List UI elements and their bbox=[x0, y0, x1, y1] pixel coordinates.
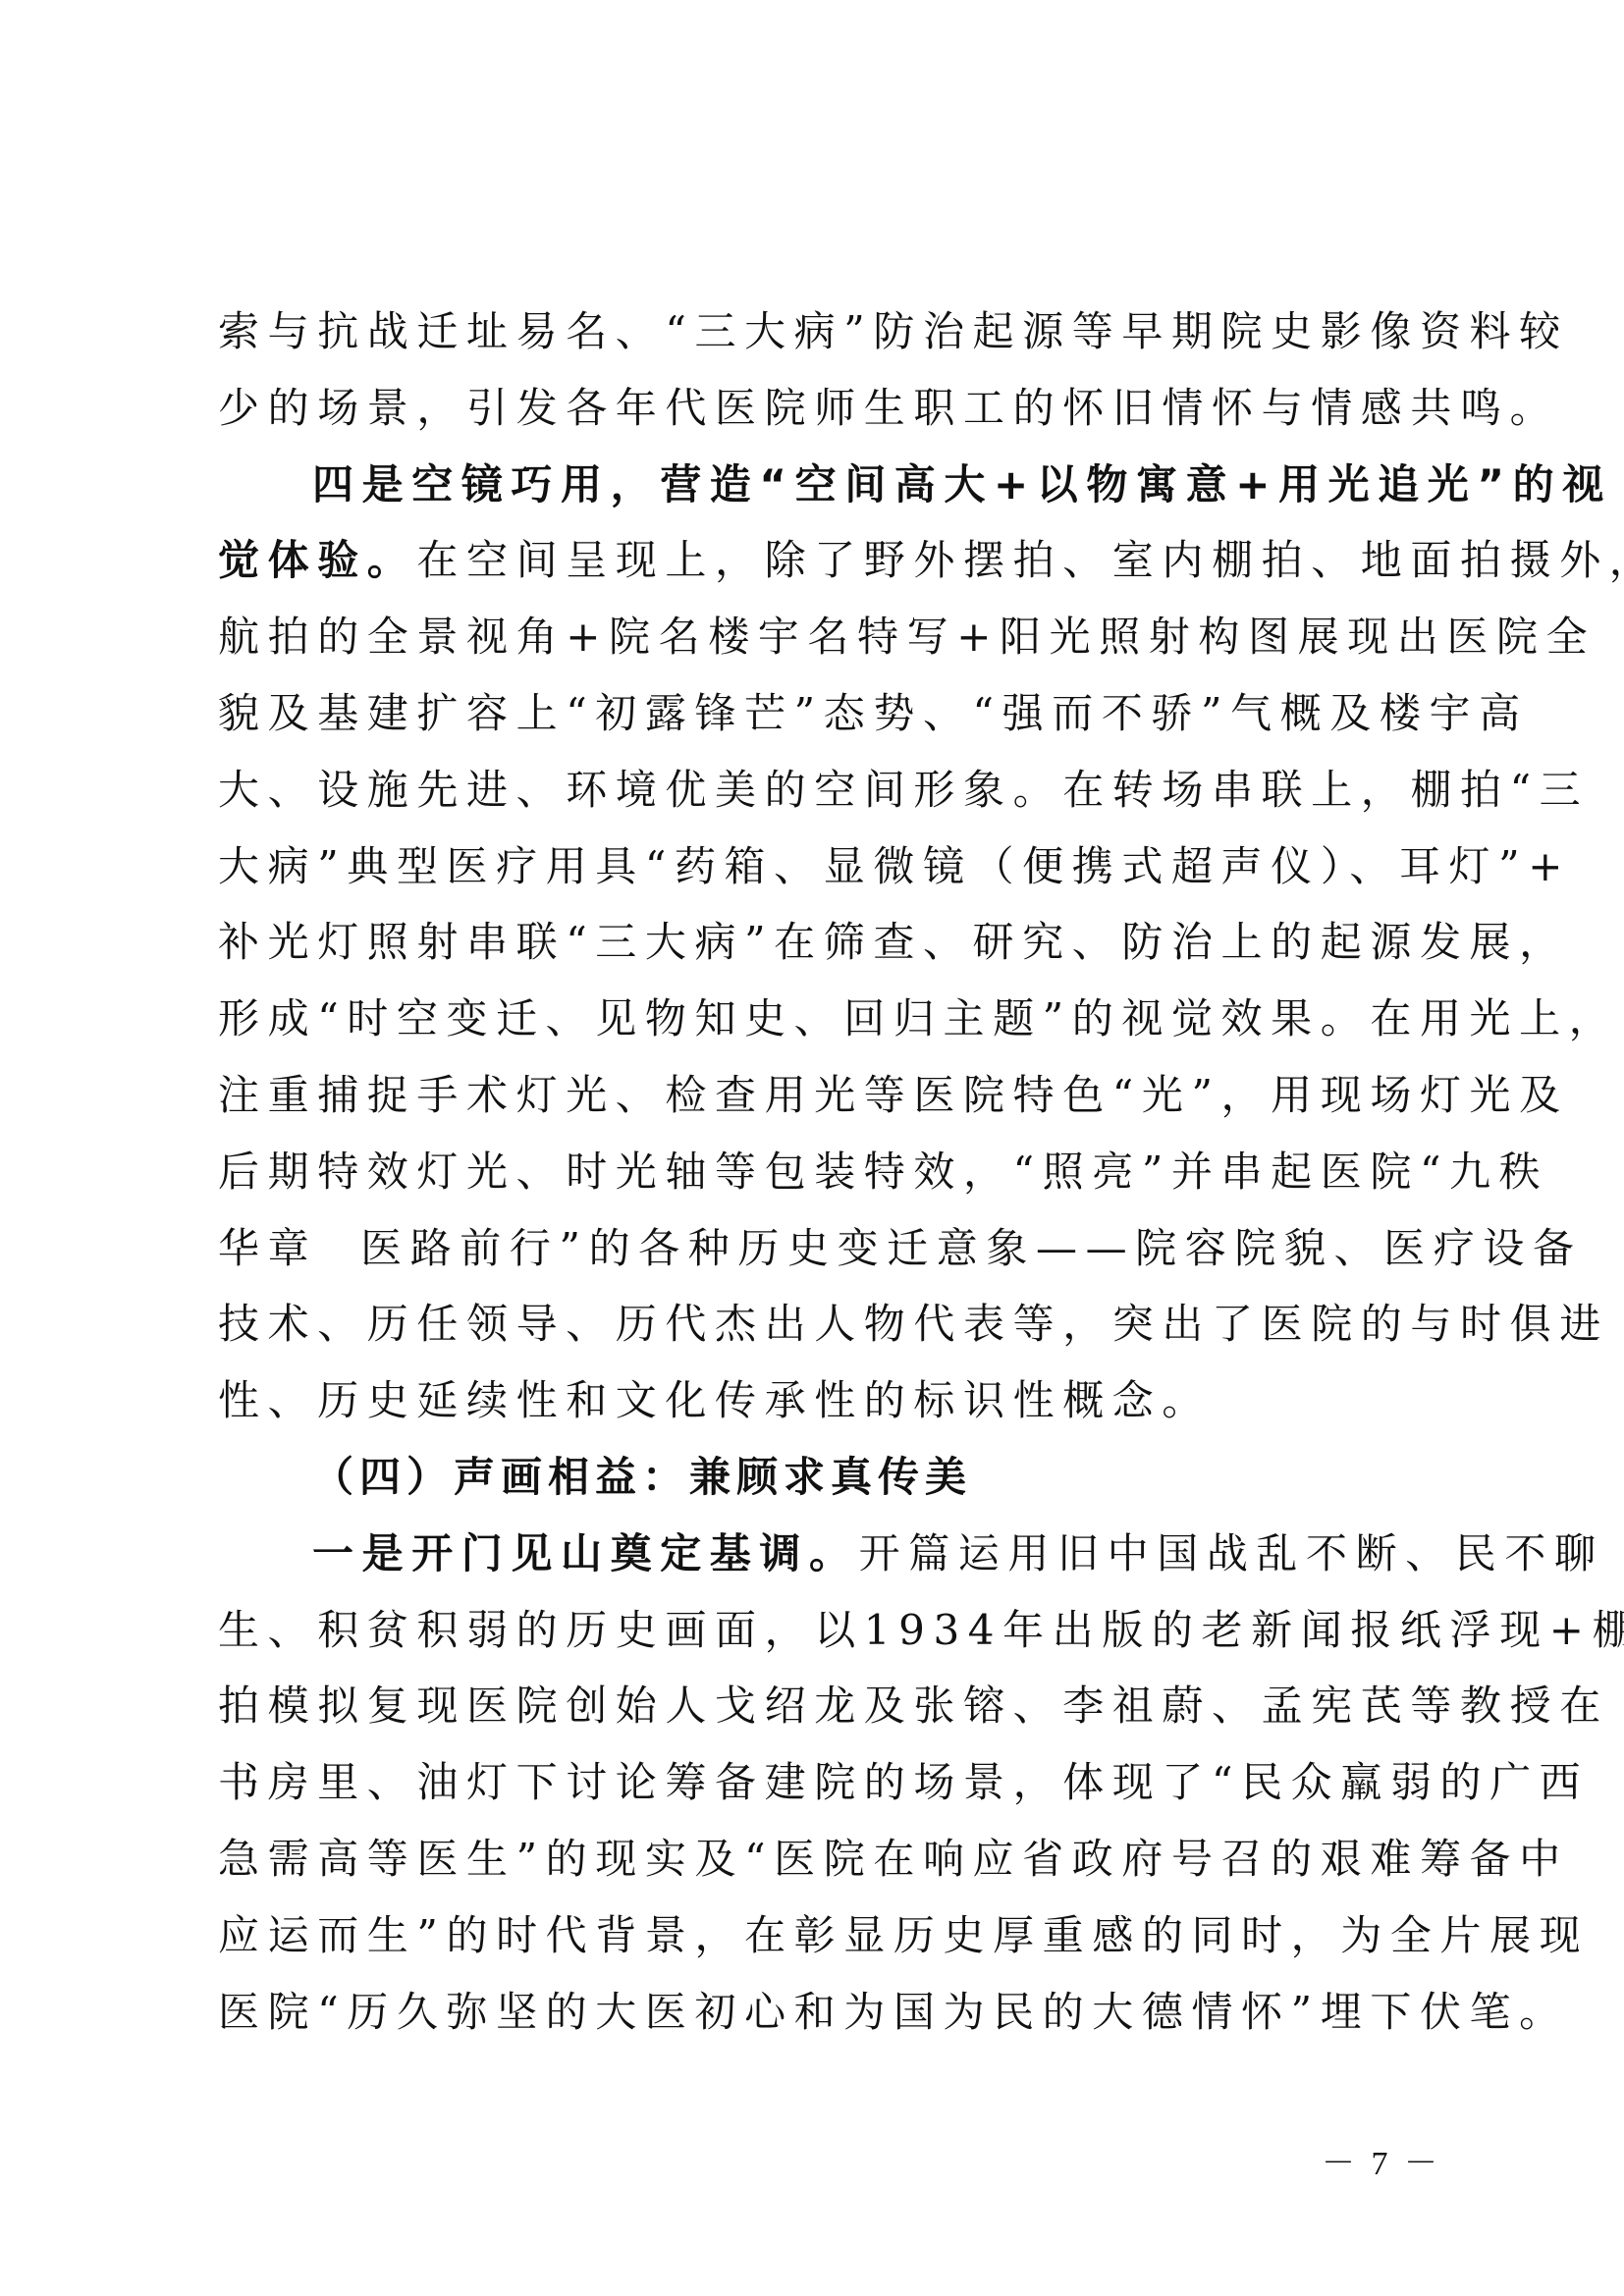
text-segment: 性、历史延续性和文化传承性的标识性概念。 bbox=[218, 1362, 1212, 1439]
text-line: 后期特效灯光、时光轴等包装特效，“照亮”并串起医院“九秩 bbox=[218, 1134, 1426, 1210]
text-segment: 拍模拟复现医院创始人戈绍龙及张镕、李祖蔚、孟宪芪等教授在 bbox=[218, 1682, 1609, 1730]
paragraph-lead-line: 一是开门见山奠定基调。开篇运用旧中国战乱不断、民不聊 bbox=[218, 1516, 1426, 1592]
text-segment: 技术、历任领导、历代杰出人物代表等，突出了医院的与时俱进 bbox=[218, 1300, 1609, 1348]
text-segment: 华章 医路前行”的各种历史变迁意象——院容院貌、医疗设备 bbox=[218, 1224, 1583, 1272]
text-segment: 急需高等医生”的现实及“医院在响应省政府号召的艰难筹备中 bbox=[218, 1835, 1569, 1883]
text-line: 航拍的全景视角+院名楼宇名特写+阳光照射构图展现出医院全 bbox=[218, 599, 1426, 675]
section-heading: （四）声画相益：兼顾求真传美 bbox=[218, 1439, 1426, 1516]
text-line: 急需高等医生”的现实及“医院在响应省政府号召的艰难筹备中 bbox=[218, 1821, 1426, 1897]
text-line: 书房里、油灯下讨论筹备建院的场景，体现了“民众羸弱的广西 bbox=[218, 1744, 1426, 1821]
text-line: 觉体验。在空间呈现上，除了野外摆拍、室内棚拍、地面拍摄外， bbox=[218, 522, 1426, 599]
text-segment: 大病”典型医疗用具“药箱、显微镜（便携式超声仪）、耳灯”+ bbox=[218, 842, 1571, 890]
paragraph-lead-line: 四是空镜巧用，营造“空间高大+以物寓意+用光追光”的视 bbox=[218, 447, 1426, 523]
text-line: 索与抗战迁址易名、“三大病”防治起源等早期院史影像资料较 bbox=[218, 294, 1426, 370]
text-line: 少的场景，引发各年代医院师生职工的怀旧情怀与情感共鸣。 bbox=[218, 370, 1426, 447]
text-line: 性、历史延续性和文化传承性的标识性概念。 bbox=[218, 1362, 1426, 1439]
text-segment: 貌及基建扩容上“初露锋芒”态势、“强而不骄”气概及楼宇高 bbox=[218, 689, 1529, 737]
text-segment: 大、设施先进、环境优美的空间形象。在转场串联上，棚拍“三 bbox=[218, 766, 1589, 814]
text-line: 补光灯照射串联“三大病”在筛查、研究、防治上的起源发展， bbox=[218, 904, 1426, 981]
text-line: 貌及基建扩容上“初露锋芒”态势、“强而不骄”气概及楼宇高 bbox=[218, 675, 1426, 752]
text-line: 技术、历任领导、历代杰出人物代表等，突出了医院的与时俱进 bbox=[218, 1286, 1426, 1362]
text-segment: 在空间呈现上，除了野外摆拍、室内棚拍、地面拍摄外， bbox=[416, 536, 1624, 584]
text-segment: 补光灯照射串联“三大病”在筛查、研究、防治上的起源发展， bbox=[218, 918, 1569, 966]
text-segment: 医院“历久弥坚的大医初心和为国为民的大德情怀”埋下伏笔。 bbox=[218, 1988, 1569, 2036]
text-line: 应运而生”的时代背景，在彰显历史厚重感的同时，为全片展现 bbox=[218, 1897, 1426, 1974]
text-line: 生、积贫积弱的历史画面，以1934年出版的老新闻报纸浮现+棚 bbox=[218, 1592, 1426, 1669]
text-line: 形成“时空变迁、见物知史、回归主题”的视觉效果。在用光上， bbox=[218, 981, 1426, 1057]
bold-lead-sentence: 觉体验。 bbox=[218, 536, 416, 584]
text-line: 注重捕捉手术灯光、检查用光等医院特色“光”，用现场灯光及 bbox=[218, 1057, 1426, 1134]
document-page: 索与抗战迁址易名、“三大病”防治起源等早期院史影像资料较 少的场景，引发各年代医… bbox=[0, 0, 1624, 2296]
text-line: 华章 医路前行”的各种历史变迁意象——院容院貌、医疗设备 bbox=[218, 1210, 1426, 1287]
text-line: 拍模拟复现医院创始人戈绍龙及张镕、李祖蔚、孟宪芪等教授在 bbox=[218, 1668, 1426, 1744]
text-segment: 开篇运用旧中国战乱不断、民不聊 bbox=[859, 1529, 1604, 1577]
text-segment: 生、积贫积弱的历史画面，以1934年出版的老新闻报纸浮现+棚 bbox=[218, 1606, 1624, 1654]
text-segment: 形成“时空变迁、见物知史、回归主题”的视觉效果。在用光上， bbox=[218, 994, 1618, 1042]
body-text: 索与抗战迁址易名、“三大病”防治起源等早期院史影像资料较 少的场景，引发各年代医… bbox=[218, 294, 1426, 2050]
text-segment: 少的场景，引发各年代医院师生职工的怀旧情怀与情感共鸣。 bbox=[218, 370, 1559, 447]
text-segment: 书房里、油灯下讨论筹备建院的场景，体现了“民众羸弱的广西 bbox=[218, 1758, 1589, 1806]
page-number: － 7 － bbox=[1322, 2136, 1441, 2184]
text-segment: 航拍的全景视角+院名楼宇名特写+阳光照射构图展现出医院全 bbox=[218, 613, 1596, 661]
text-segment: 后期特效灯光、时光轴等包装特效，“照亮”并串起医院“九秩 bbox=[218, 1148, 1548, 1196]
bold-lead-sentence: 四是空镜巧用，营造“空间高大+以物寓意+用光追光”的视 bbox=[312, 460, 1612, 508]
text-line: 大、设施先进、环境优美的空间形象。在转场串联上，棚拍“三 bbox=[218, 752, 1426, 828]
bold-lead-sentence: 一是开门见山奠定基调。 bbox=[312, 1529, 859, 1577]
text-segment: 应运而生”的时代背景，在彰显历史厚重感的同时，为全片展现 bbox=[218, 1911, 1589, 1959]
text-line: 医院“历久弥坚的大医初心和为国为民的大德情怀”埋下伏笔。 bbox=[218, 1974, 1426, 2051]
text-segment: 索与抗战迁址易名、“三大病”防治起源等早期院史影像资料较 bbox=[218, 307, 1569, 355]
section-heading-text: （四）声画相益：兼顾求真传美 bbox=[312, 1439, 972, 1516]
text-line: 大病”典型医疗用具“药箱、显微镜（便携式超声仪）、耳灯”+ bbox=[218, 828, 1426, 905]
text-segment: 注重捕捉手术灯光、检查用光等医院特色“光”，用现场灯光及 bbox=[218, 1071, 1569, 1119]
